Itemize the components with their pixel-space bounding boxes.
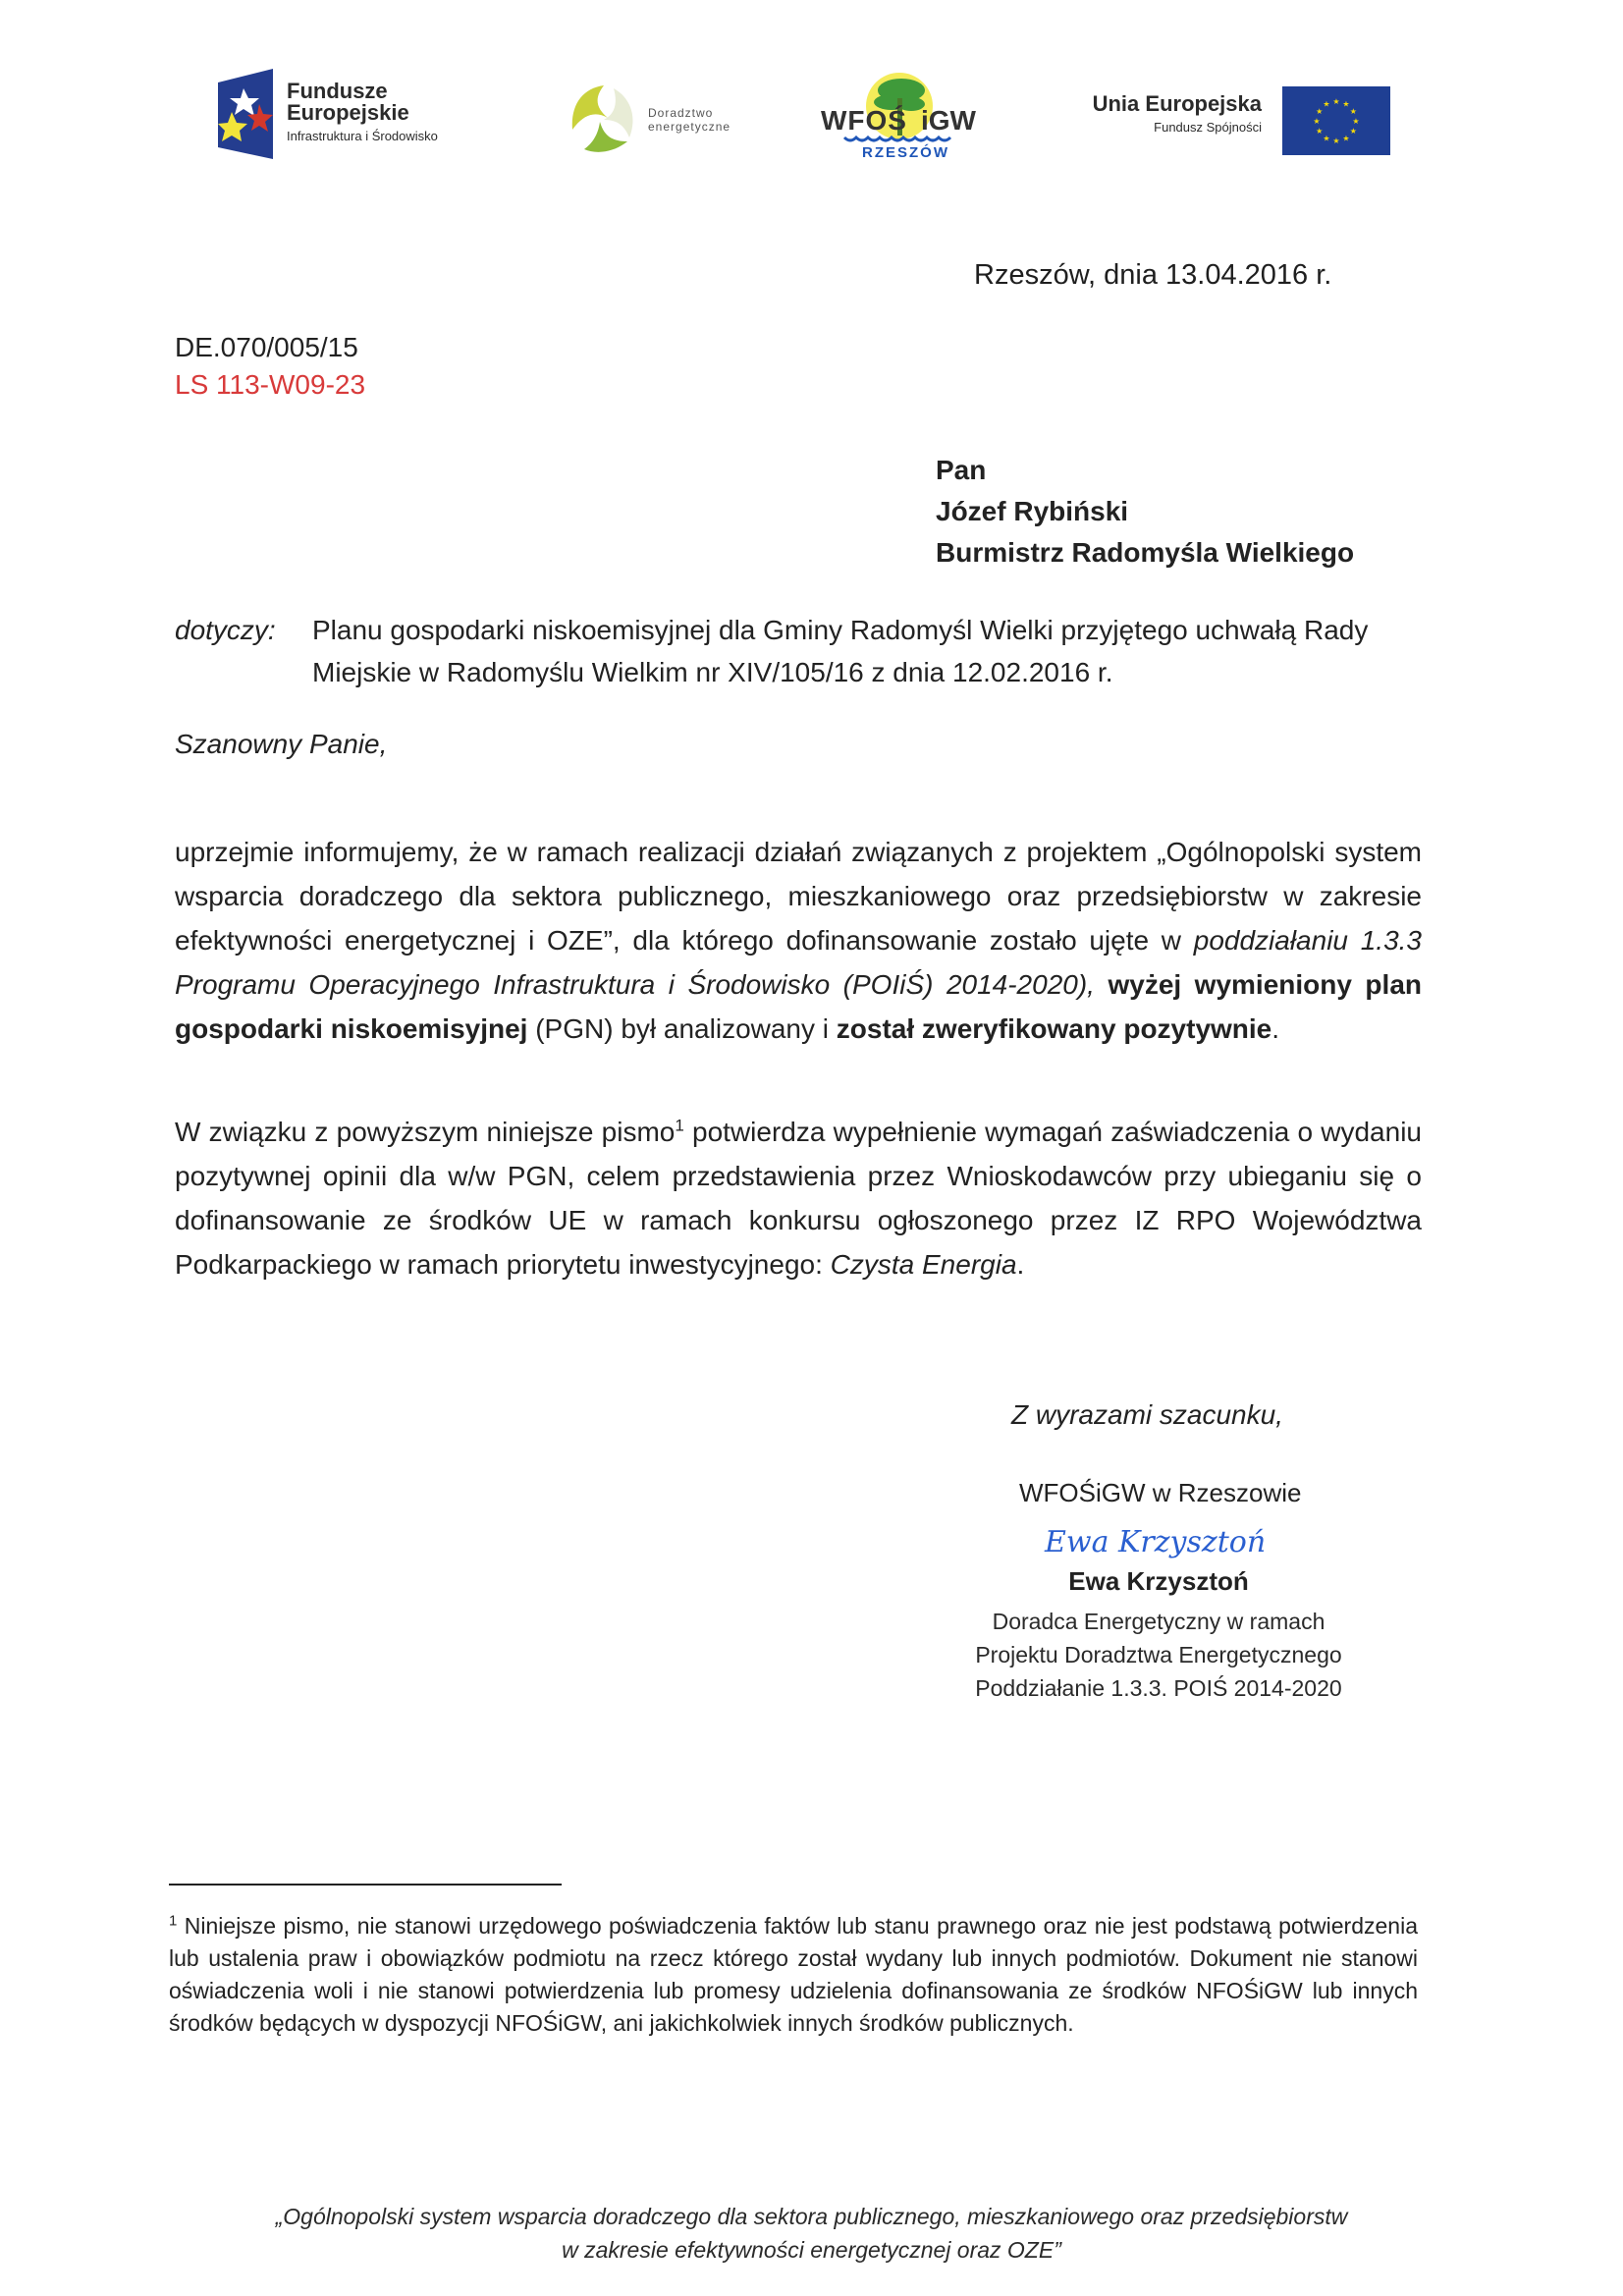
svg-text:★: ★ (1316, 107, 1323, 116)
organization: WFOŚiGW w Rzeszowie (1019, 1478, 1301, 1508)
svg-text:★: ★ (1332, 137, 1339, 145)
svg-text:★: ★ (1323, 134, 1329, 142)
svg-text:★: ★ (1316, 127, 1323, 136)
footer-line-1: „Ogólnopolski system wsparcia doradczego… (147, 2200, 1476, 2233)
svg-text:★: ★ (1352, 117, 1359, 126)
fundusze-europejskie-logo-text: Fundusze Europejskie Infrastruktura i Śr… (287, 81, 438, 145)
unia-europejska-logo-text: Unia Europejska Fundusz Spójności (1055, 92, 1262, 135)
reference-number: DE.070/005/15 (175, 332, 358, 363)
closing: Z wyrazami szacunku, (1011, 1399, 1404, 1431)
reference-code: LS 113-W09-23 (175, 369, 365, 401)
place-date: Rzeszów, dnia 13.04.2016 r. (974, 253, 1331, 298)
svg-text:★: ★ (1342, 134, 1349, 142)
svg-text:★: ★ (1350, 127, 1357, 136)
svg-text:iGW: iGW (921, 105, 977, 136)
doradztwo-energetyczne-logo-icon (565, 81, 638, 159)
fundusze-europejskie-logo-icon (216, 69, 275, 164)
doradztwo-energetyczne-logo-text: Doradztwo energetyczne (648, 106, 730, 134)
footnote: 1 Niniejsze pismo, nie stanowi urzędoweg… (169, 1910, 1418, 2040)
fe-line2: Europejskie (287, 102, 438, 124)
svg-text:★: ★ (1332, 97, 1339, 106)
recipient-salutation: Pan (936, 450, 1354, 491)
svg-text:★: ★ (1342, 100, 1349, 109)
handwritten-signature-icon: Ewa Krzysztoń (1041, 1520, 1276, 1569)
page-footer: „Ogólnopolski system wsparcia doradczego… (147, 2200, 1476, 2267)
p1-end: . (1271, 1013, 1279, 1044)
svg-text:Ewa Krzysztoń: Ewa Krzysztoń (1044, 1525, 1266, 1559)
p2-text: W związku z powyższym niniejsze pismo (175, 1117, 675, 1147)
footnote-text: Niniejsze pismo, nie stanowi urzędowego … (169, 1913, 1418, 2036)
body-paragraph-2: W związku z powyższym niniejsze pismo1 p… (175, 1110, 1422, 1286)
svg-text:★: ★ (1313, 117, 1320, 126)
signer-name: Ewa Krzysztoń (913, 1566, 1404, 1597)
recipient-name: Józef Rybiński (936, 491, 1354, 532)
footer-line-2: w zakresie efektywności energetycznej or… (147, 2233, 1476, 2267)
eu-flag-icon: ★★★★★★★★★★★★ (1282, 86, 1390, 160)
signer-role: Doradca Energetyczny w ramach Projektu D… (913, 1605, 1404, 1705)
p2-italic: Czysta Energia (831, 1249, 1017, 1280)
footnote-ref[interactable]: 1 (675, 1117, 683, 1135)
svg-text:★: ★ (1350, 107, 1357, 116)
greeting: Szanowny Panie, (175, 729, 387, 760)
ue-line2: Fundusz Spójności (1055, 120, 1262, 135)
signer-role-line-3: Poddziałanie 1.3.3. POIŚ 2014-2020 (913, 1671, 1404, 1705)
signer-role-line-2: Projektu Doradztwa Energetycznego (913, 1638, 1404, 1671)
subject-line: dotyczy:Planu gospodarki niskoemisyjnej … (175, 609, 1432, 693)
fe-line1: Fundusze (287, 81, 438, 102)
subject-text: Planu gospodarki niskoemisyjnej dla Gmin… (312, 609, 1422, 693)
de-line2: energetyczne (648, 120, 730, 134)
fe-line3: Infrastruktura i Środowisko (287, 128, 438, 145)
p1-text2: (PGN) był analizowany i (527, 1013, 836, 1044)
subject-label: dotyczy: (175, 609, 312, 651)
recipient-block: Pan Józef Rybiński Burmistrz Radomyśla W… (936, 450, 1354, 574)
svg-text:RZESZÓW: RZESZÓW (862, 143, 949, 161)
ue-line1: Unia Europejska (1055, 92, 1262, 116)
p2-end: . (1017, 1249, 1025, 1280)
svg-text:★: ★ (1323, 100, 1329, 109)
footnote-divider (169, 1884, 562, 1886)
recipient-title: Burmistrz Radomyśla Wielkiego (936, 532, 1354, 574)
wfosigw-rzeszow-logo-icon: WFOŚ iGW RZESZÓW (815, 69, 982, 167)
signer-role-line-1: Doradca Energetyczny w ramach (913, 1605, 1404, 1638)
svg-text:WFOŚ: WFOŚ (821, 105, 907, 136)
de-line1: Doradztwo (648, 106, 730, 120)
body-paragraph-1: uprzejmie informujemy, że w ramach reali… (175, 830, 1422, 1051)
p1-bold2: został zweryfikowany pozytywnie (837, 1013, 1271, 1044)
